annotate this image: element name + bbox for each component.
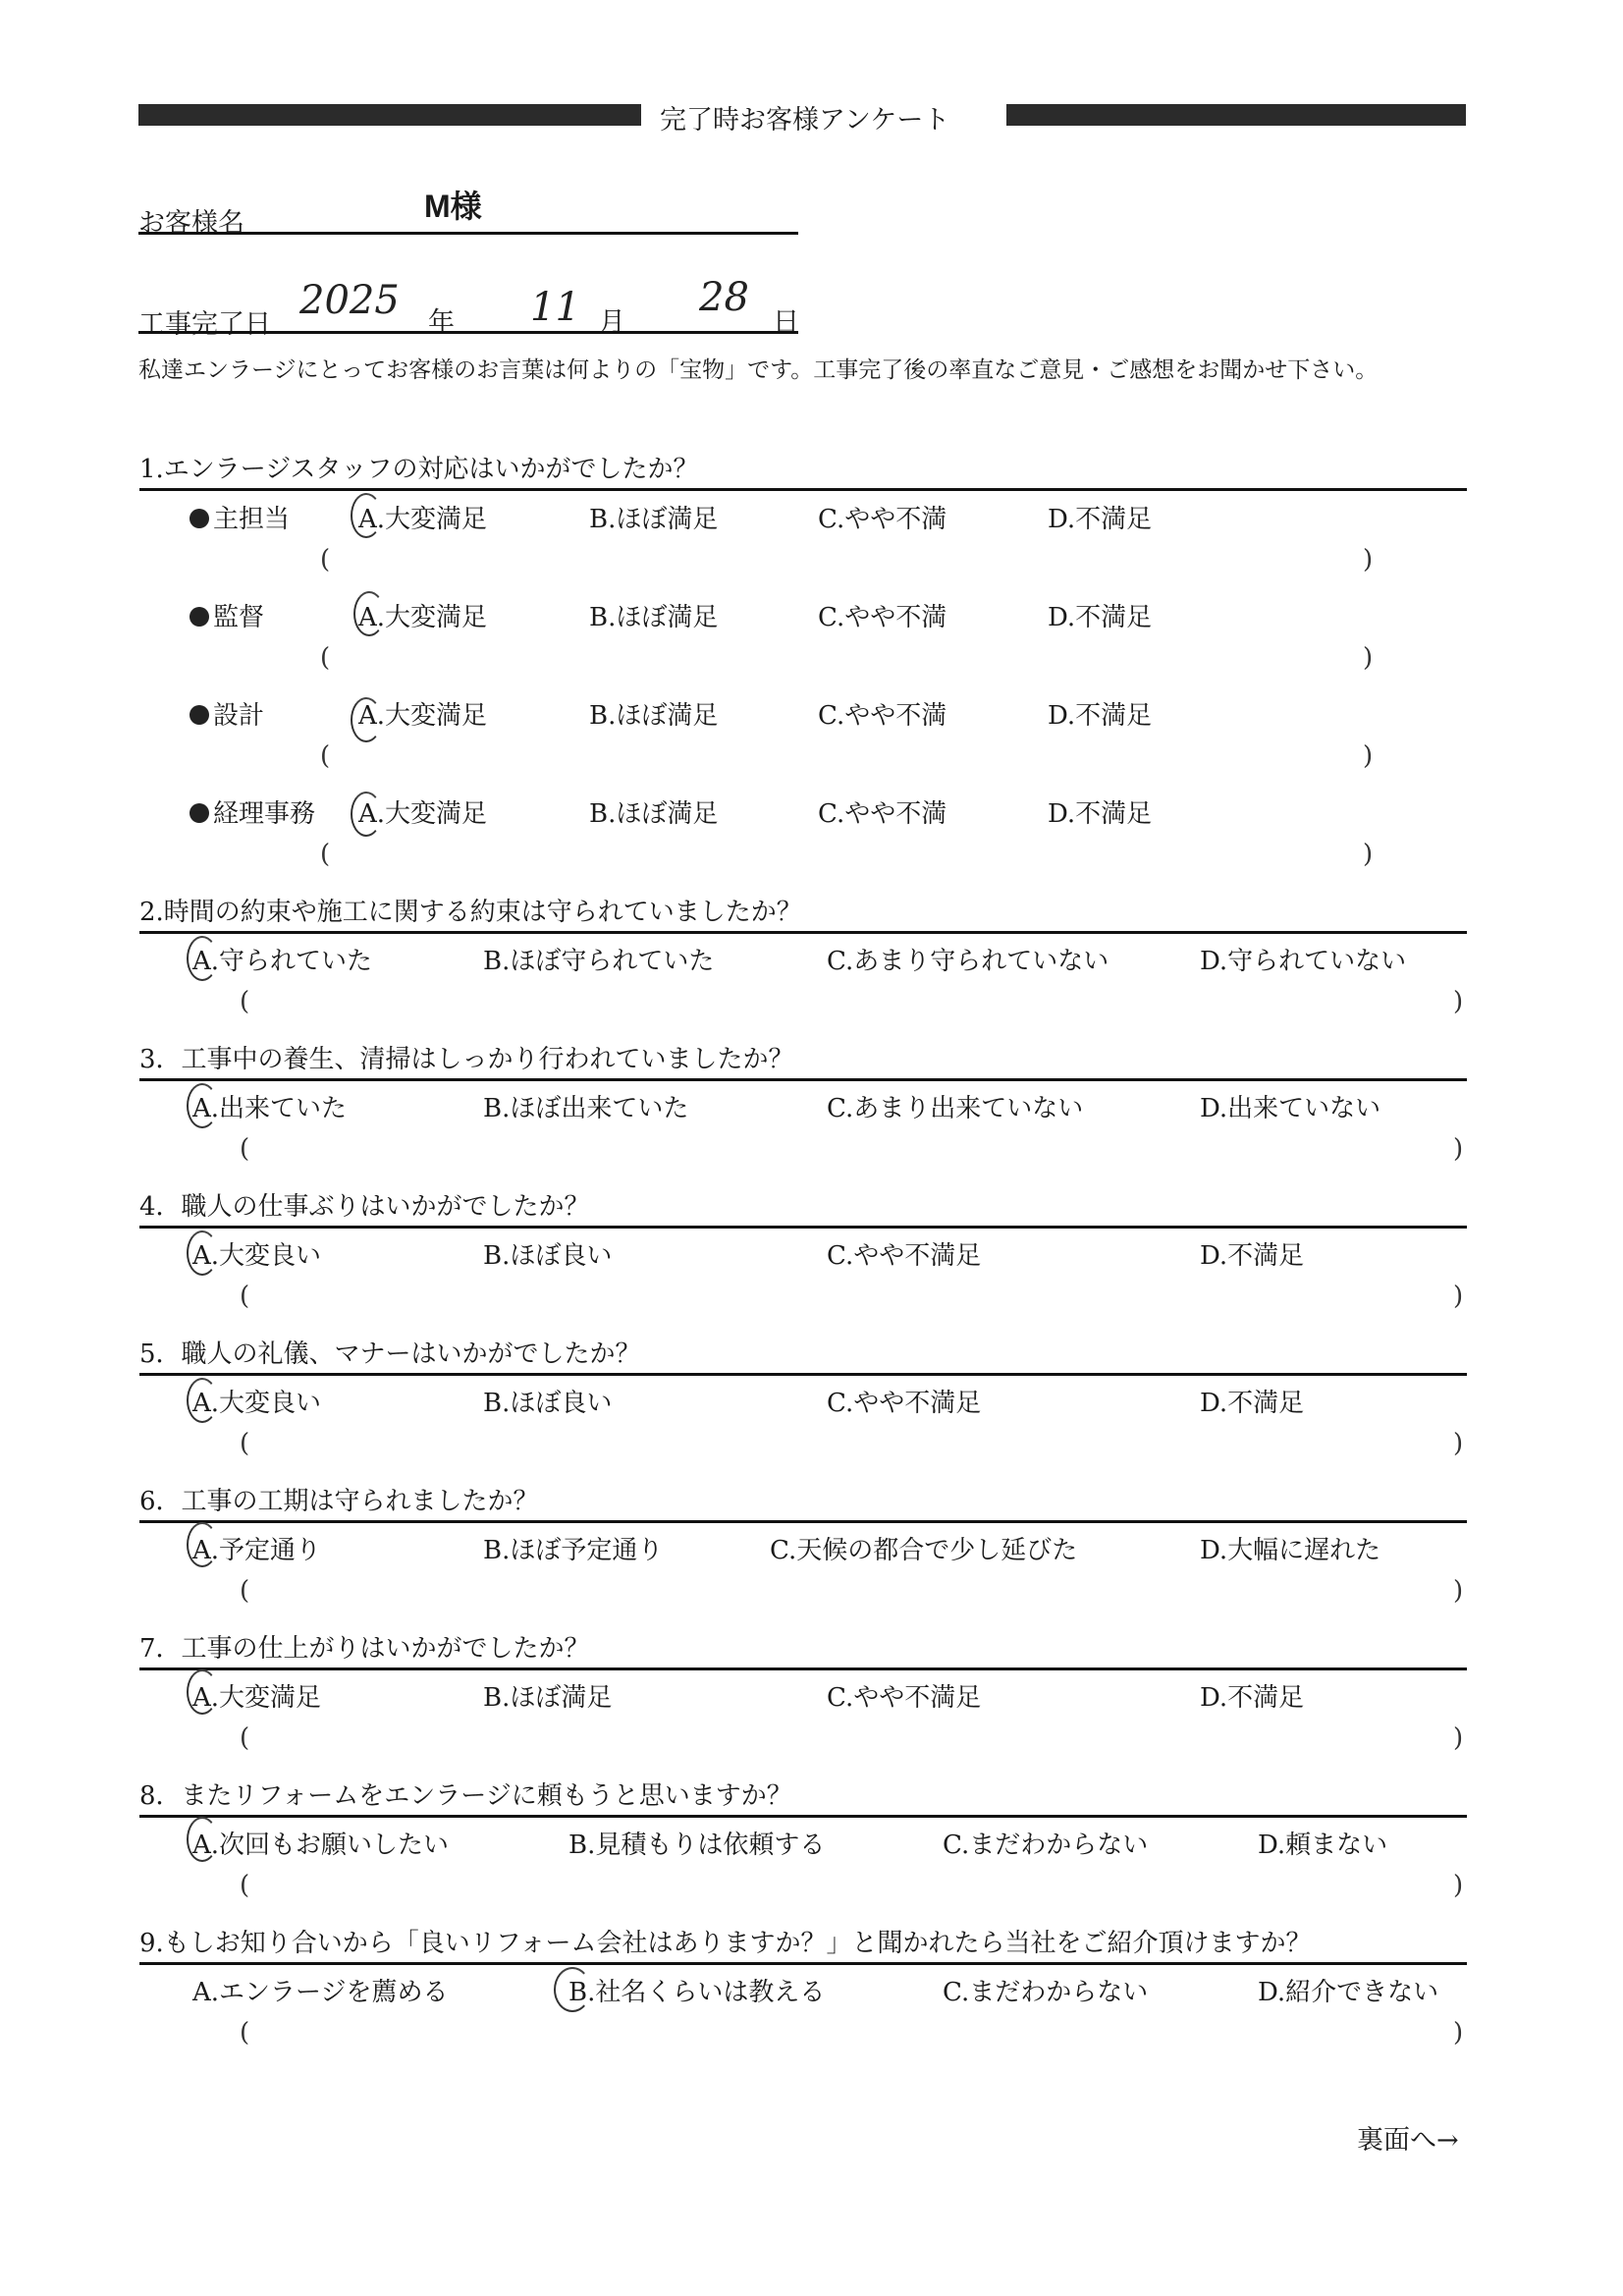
question-text: 6．工事の工期は守られましたか？ bbox=[139, 1487, 539, 1516]
option-a[interactable]: A.次回もお願いしたい bbox=[192, 1825, 449, 1861]
comment-close-paren: ) bbox=[1453, 1282, 1463, 1311]
option-d[interactable]: D.不満足 bbox=[1048, 597, 1152, 633]
question-text: 3．工事中の養生、清掃はしっかり行われていましたか？ bbox=[139, 1045, 794, 1074]
option-c[interactable]: C.まだわからない bbox=[943, 1972, 1148, 2008]
comment-close-paren: ) bbox=[1453, 1429, 1463, 1458]
comment-open-paren: ( bbox=[320, 840, 330, 869]
option-c[interactable]: C.やや不満足 bbox=[827, 1235, 981, 1272]
bullet-icon bbox=[189, 803, 209, 823]
comment-close-paren: ) bbox=[1363, 643, 1373, 673]
option-a[interactable]: A.大変良い bbox=[192, 1383, 321, 1419]
option-d[interactable]: D.頼まない bbox=[1258, 1825, 1387, 1861]
comment-open-paren: ( bbox=[240, 1723, 249, 1753]
option-c[interactable]: C.あまり守られていない bbox=[827, 941, 1109, 977]
option-b[interactable]: B.ほぼ予定通り bbox=[483, 1530, 663, 1566]
question-text: 9.もしお知り合いから「良いリフォーム会社はありますか？」と聞かれたら当社をご紹… bbox=[139, 1929, 1312, 1958]
comment-close-paren: ) bbox=[1363, 545, 1373, 574]
option-d[interactable]: D.不満足 bbox=[1200, 1235, 1304, 1272]
option-a[interactable]: A.大変良い bbox=[192, 1235, 321, 1272]
option-c[interactable]: C.やや不満足 bbox=[827, 1677, 981, 1714]
option-b[interactable]: B.ほぼ良い bbox=[483, 1383, 612, 1419]
option-c[interactable]: C.あまり出来ていない bbox=[827, 1088, 1083, 1124]
customer-name-value[interactable]: M様 bbox=[424, 182, 482, 227]
intro-text: 私達エンラージにとってお客様のお言葉は何よりの「宝物」です。工事完了後の率直なご… bbox=[138, 352, 1378, 384]
role-label: 設計 bbox=[213, 701, 264, 731]
comment-open-paren: ( bbox=[240, 1429, 249, 1458]
question-8: 8．またリフォームをエンラージに頼もうと思いますか？ bbox=[139, 1776, 1467, 1812]
option-b[interactable]: B.ほぼ満足 bbox=[589, 597, 718, 633]
question-underline bbox=[139, 931, 1467, 934]
option-d[interactable]: D.不満足 bbox=[1048, 793, 1152, 830]
comment-open-paren: ( bbox=[320, 741, 330, 771]
comment-open-paren: ( bbox=[320, 643, 330, 673]
question-underline bbox=[139, 1520, 1467, 1523]
question-underline bbox=[139, 1815, 1467, 1818]
comment-close-paren: ) bbox=[1453, 1576, 1463, 1606]
question-underline bbox=[139, 488, 1467, 491]
option-b[interactable]: B.ほぼ満足 bbox=[589, 695, 718, 732]
option-d[interactable]: D.不満足 bbox=[1200, 1383, 1304, 1419]
option-b[interactable]: B.ほぼ守られていた bbox=[483, 941, 714, 977]
option-a[interactable]: A.大変満足 bbox=[358, 597, 487, 633]
comment-open-paren: ( bbox=[240, 1134, 249, 1164]
option-a[interactable]: A.守られていた bbox=[192, 941, 372, 977]
option-a[interactable]: A.出来ていた bbox=[192, 1088, 347, 1124]
option-c[interactable]: C.やや不満 bbox=[818, 695, 947, 732]
turn-over-link[interactable]: 裏面へ→ bbox=[1357, 2118, 1459, 2157]
comment-close-paren: ) bbox=[1363, 741, 1373, 771]
option-b[interactable]: B.ほぼ良い bbox=[483, 1235, 612, 1272]
option-b[interactable]: B.見積もりは依頼する bbox=[568, 1825, 825, 1861]
comment-open-paren: ( bbox=[240, 2018, 249, 2048]
option-c[interactable]: C.やや不満 bbox=[818, 793, 947, 830]
option-a[interactable]: A.エンラージを薦める bbox=[192, 1972, 449, 2008]
option-d[interactable]: D.出来ていない bbox=[1200, 1088, 1380, 1124]
option-a[interactable]: A.大変満足 bbox=[192, 1677, 321, 1714]
comment-open-paren: ( bbox=[320, 545, 330, 574]
comment-close-paren: ) bbox=[1363, 840, 1373, 869]
question-6: 6．工事の工期は守られましたか？ bbox=[139, 1481, 1467, 1517]
comment-close-paren: ) bbox=[1453, 2018, 1463, 2048]
option-b[interactable]: B.ほぼ満足 bbox=[589, 499, 718, 535]
option-d[interactable]: D.不満足 bbox=[1048, 695, 1152, 732]
question-3: 3．工事中の養生、清掃はしっかり行われていましたか？ bbox=[139, 1039, 1467, 1075]
option-d[interactable]: D.不満足 bbox=[1048, 499, 1152, 535]
comment-close-paren: ) bbox=[1453, 987, 1463, 1016]
option-d[interactable]: D.不満足 bbox=[1200, 1677, 1304, 1714]
role-label: 経理事務 bbox=[213, 799, 315, 829]
role-main: 主担当 bbox=[189, 499, 290, 535]
role-design: 設計 bbox=[189, 695, 264, 732]
title-bar-right bbox=[1006, 104, 1466, 126]
role-label: 主担当 bbox=[213, 505, 290, 534]
completion-date-label: 工事完了日 bbox=[138, 302, 271, 341]
question-4: 4．職人の仕事ぶりはいかがでしたか？ bbox=[139, 1186, 1467, 1223]
option-c[interactable]: C.まだわからない bbox=[943, 1825, 1148, 1861]
option-d[interactable]: D.守られていない bbox=[1200, 941, 1406, 977]
option-c[interactable]: C.やや不満 bbox=[818, 499, 947, 535]
option-a[interactable]: A.大変満足 bbox=[358, 793, 487, 830]
question-underline bbox=[139, 1667, 1467, 1670]
option-d[interactable]: D.紹介できない bbox=[1258, 1972, 1438, 2008]
bullet-icon bbox=[189, 509, 209, 528]
completion-day[interactable]: 28 bbox=[699, 275, 749, 320]
question-underline bbox=[139, 1373, 1467, 1376]
question-2: 2.時間の約束や施工に関する約束は守られていましたか？ bbox=[139, 892, 1467, 928]
completion-year[interactable]: 2025 bbox=[299, 278, 400, 323]
form-title: 完了時お客様アンケート bbox=[660, 98, 949, 137]
option-c[interactable]: C.やや不満足 bbox=[827, 1383, 981, 1419]
customer-name-line bbox=[138, 232, 798, 235]
option-b[interactable]: B.ほぼ出来ていた bbox=[483, 1088, 688, 1124]
comment-open-paren: ( bbox=[240, 1576, 249, 1606]
comment-open-paren: ( bbox=[240, 987, 249, 1016]
completion-month[interactable]: 11 bbox=[530, 285, 580, 330]
question-underline bbox=[139, 1226, 1467, 1229]
question-text: 8．またリフォームをエンラージに頼もうと思いますか？ bbox=[139, 1781, 792, 1811]
comment-close-paren: ) bbox=[1453, 1871, 1463, 1900]
question-1: 1.エンラージスタッフの対応はいかがでしたか？ bbox=[139, 449, 1467, 485]
bullet-icon bbox=[189, 607, 209, 627]
title-bar-left bbox=[138, 104, 641, 126]
option-b[interactable]: B.ほぼ満足 bbox=[589, 793, 718, 830]
option-c[interactable]: C.天候の都合で少し延びた bbox=[770, 1530, 1077, 1566]
option-c[interactable]: C.やや不満 bbox=[818, 597, 947, 633]
comment-close-paren: ) bbox=[1453, 1134, 1463, 1164]
comment-open-paren: ( bbox=[240, 1282, 249, 1311]
role-supervisor: 監督 bbox=[189, 597, 264, 633]
question-text: 7．工事の仕上がりはいかがでしたか？ bbox=[139, 1634, 590, 1664]
question-text: 2.時間の約束や施工に関する約束は守られていましたか？ bbox=[139, 898, 802, 927]
question-text: 4．職人の仕事ぶりはいかがでしたか？ bbox=[139, 1192, 590, 1222]
option-a[interactable]: A.予定通り bbox=[192, 1530, 321, 1566]
question-9: 9.もしお知り合いから「良いリフォーム会社はありますか？」と聞かれたら当社をご紹… bbox=[139, 1923, 1467, 1959]
question-text: 5．職人の礼儀、マナーはいかがでしたか？ bbox=[139, 1339, 641, 1369]
option-d[interactable]: D.大幅に遅れた bbox=[1200, 1530, 1380, 1566]
bullet-icon bbox=[189, 705, 209, 725]
question-5: 5．職人の礼儀、マナーはいかがでしたか？ bbox=[139, 1334, 1467, 1370]
question-7: 7．工事の仕上がりはいかがでしたか？ bbox=[139, 1628, 1467, 1665]
question-underline bbox=[139, 1078, 1467, 1081]
option-b[interactable]: B.社名くらいは教える bbox=[568, 1972, 825, 2008]
comment-close-paren: ) bbox=[1453, 1723, 1463, 1753]
question-underline bbox=[139, 1962, 1467, 1965]
role-label: 監督 bbox=[213, 603, 264, 632]
role-accounting: 経理事務 bbox=[189, 793, 315, 830]
option-a[interactable]: A.大変満足 bbox=[358, 695, 487, 732]
comment-open-paren: ( bbox=[240, 1871, 249, 1900]
completion-date-line bbox=[138, 331, 798, 334]
option-a[interactable]: A.大変満足 bbox=[358, 499, 487, 535]
option-b[interactable]: B.ほぼ満足 bbox=[483, 1677, 612, 1714]
question-text: 1.エンラージスタッフの対応はいかがでしたか？ bbox=[139, 455, 699, 484]
